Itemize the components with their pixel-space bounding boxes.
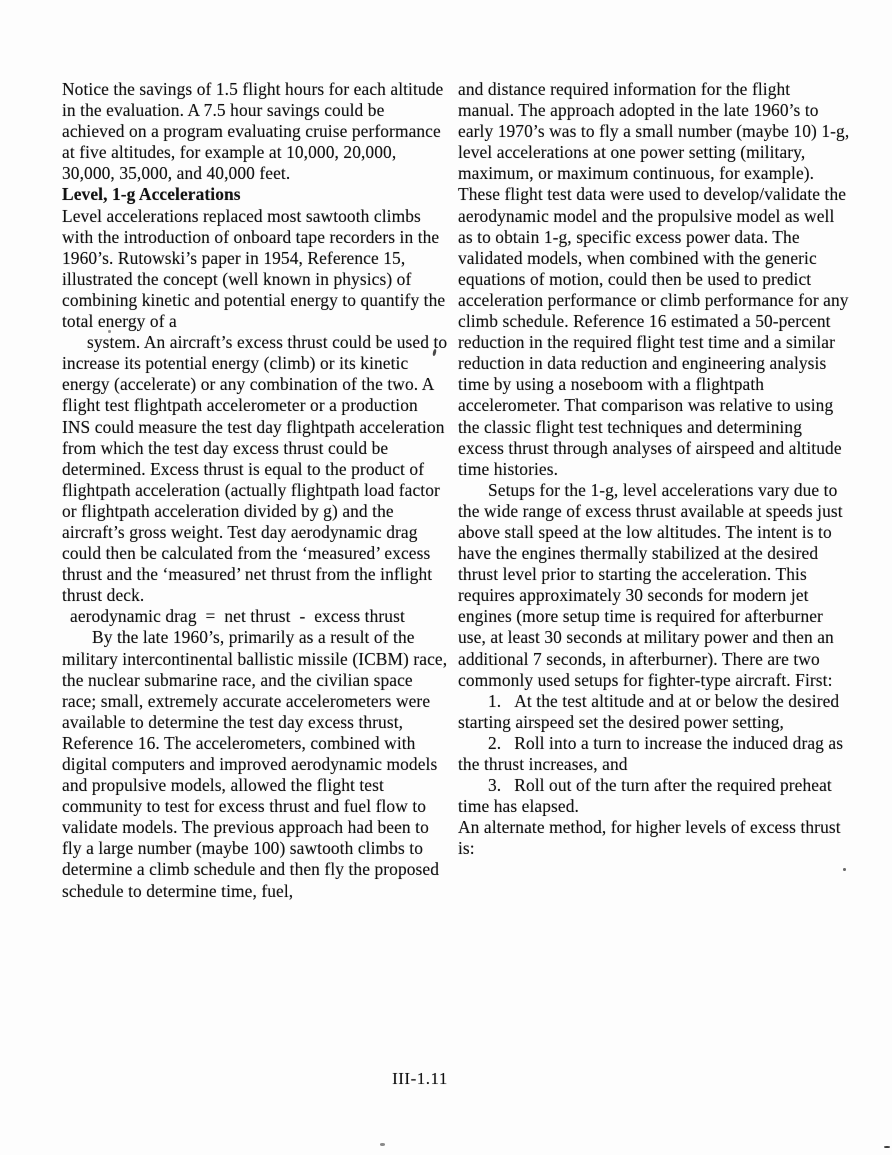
paragraph: Setups for the 1-g, level accelerations … xyxy=(458,480,850,691)
page-number-text: III-1.11 xyxy=(392,1069,448,1088)
paragraph: system. An aircraft’s excess thrust coul… xyxy=(62,332,448,606)
paragraph: and distance required information for th… xyxy=(458,79,850,480)
left-column: Notice the savings of 1.5 flight hours f… xyxy=(62,79,448,902)
document-page: Notice the savings of 1.5 flight hours f… xyxy=(0,0,892,1155)
list-item-text: Roll into a turn to increase the induced… xyxy=(458,733,843,774)
list-item-number: 3. xyxy=(488,775,501,795)
equation: aerodynamic drag = net thrust - excess t… xyxy=(62,606,448,627)
list-item: 2.Roll into a turn to increase the induc… xyxy=(458,733,850,775)
paragraph: Level accelerations replaced most sawtoo… xyxy=(62,206,448,333)
list-item-number: 2. xyxy=(488,733,501,753)
section-heading: Level, 1-g Accelerations xyxy=(62,184,448,205)
list-item-text: Roll out of the turn after the required … xyxy=(458,775,832,816)
page-number: III-1.11 xyxy=(0,1069,892,1089)
list-item: 3.Roll out of the turn after the require… xyxy=(458,775,850,817)
paragraph: By the late 1960’s, primarily as a resul… xyxy=(62,627,448,901)
right-column: and distance required information for th… xyxy=(458,79,850,859)
paragraph: Notice the savings of 1.5 flight hours f… xyxy=(62,79,448,184)
list-item-number: 1. xyxy=(488,691,501,711)
list-item-text: At the test altitude and at or below the… xyxy=(458,691,839,732)
paragraph: An alternate method, for higher levels o… xyxy=(458,817,850,859)
scan-artifact xyxy=(843,868,846,871)
list-item: 1.At the test altitude and at or below t… xyxy=(458,691,850,733)
scan-artifact xyxy=(884,1146,890,1148)
scan-artifact xyxy=(108,330,111,333)
scan-artifact xyxy=(380,1143,385,1146)
